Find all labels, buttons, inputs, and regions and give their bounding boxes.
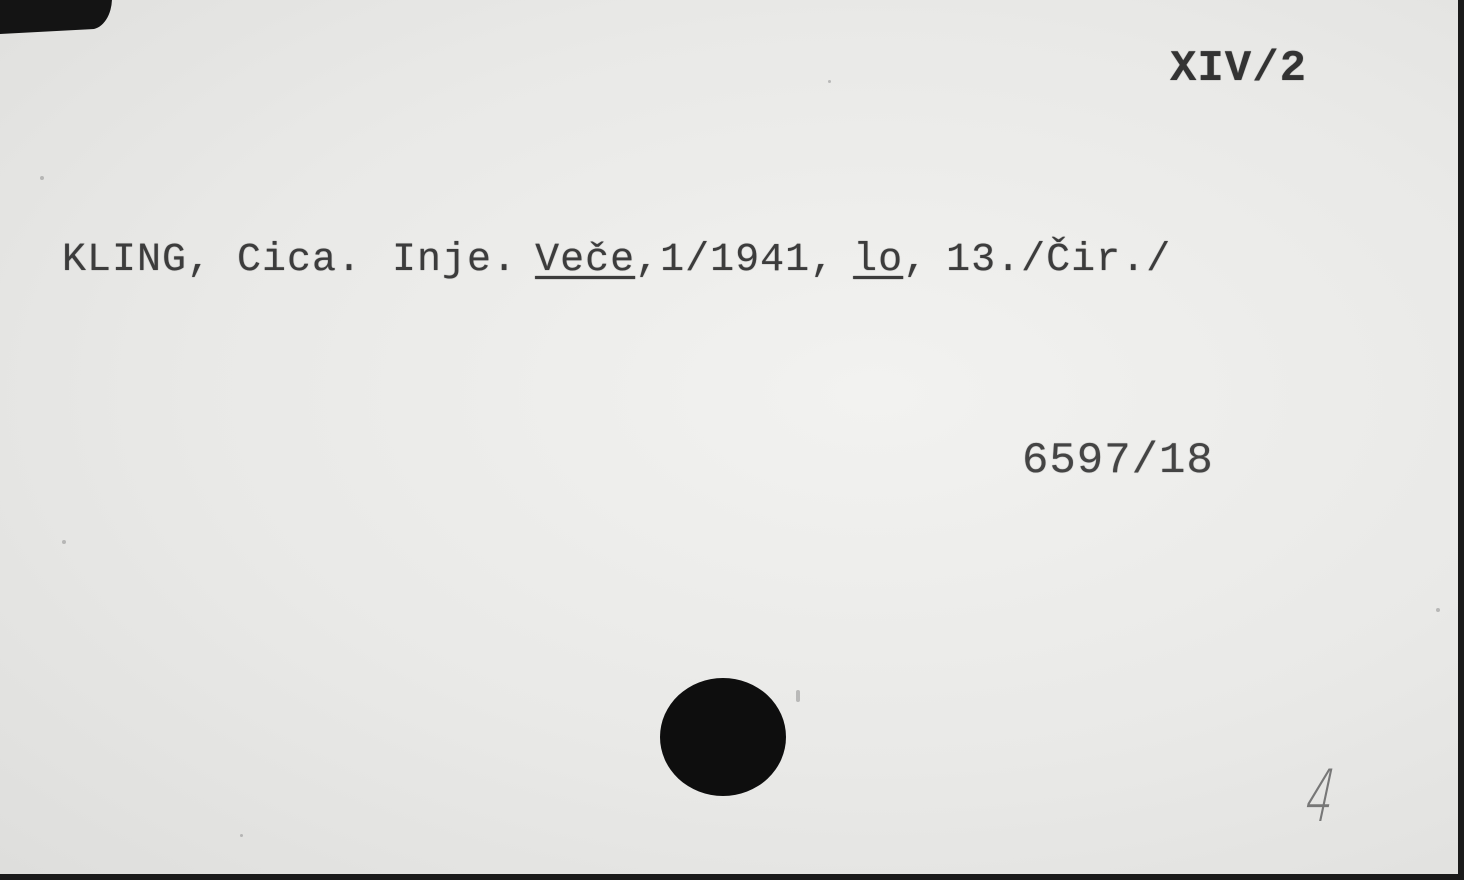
entry-title: Inje. xyxy=(392,238,517,283)
call-number: XIV/2 xyxy=(1170,44,1307,94)
handwritten-mark: 4 xyxy=(1298,754,1343,838)
author-name: KLING, Cica. xyxy=(62,238,362,283)
speck xyxy=(1436,608,1440,612)
speck xyxy=(796,690,800,702)
speck xyxy=(40,176,44,180)
card-corner-tab xyxy=(0,0,112,34)
volume-separator: , xyxy=(903,238,928,283)
bibliographic-entry: KLING, Cica.Inje.Veče,1/1941,lo,13./Čir.… xyxy=(62,238,1171,283)
speck xyxy=(240,834,243,837)
volume-number: lo xyxy=(853,238,903,283)
accession-number: 6597/18 xyxy=(1022,436,1214,486)
speck xyxy=(828,80,831,83)
speck xyxy=(62,540,66,544)
page-number: 13. xyxy=(946,238,1021,283)
issue-info: ,1/1941, xyxy=(635,238,835,283)
publication-name: Veče xyxy=(535,238,635,283)
catalog-card: XIV/2 KLING, Cica.Inje.Veče,1/1941,lo,13… xyxy=(0,0,1458,874)
card-bottom-edge xyxy=(0,874,1464,880)
card-right-edge xyxy=(1458,0,1464,880)
punch-hole xyxy=(660,678,786,796)
script-note: /Čir./ xyxy=(1021,238,1171,283)
